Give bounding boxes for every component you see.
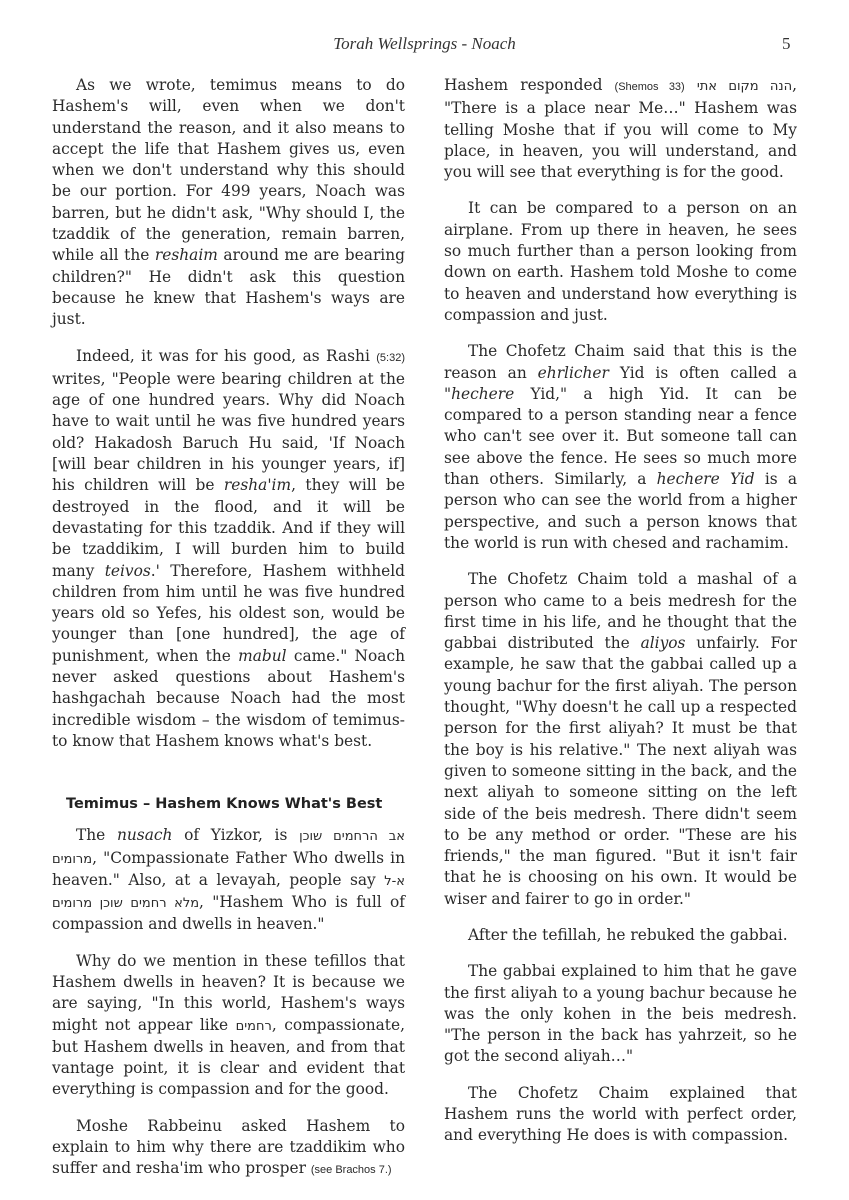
paragraph: As we wrote, temimus means to do Hashem'… [52, 75, 405, 331]
italic-term: ehrlicher [538, 364, 609, 382]
italic-term: nusach [117, 826, 172, 844]
paragraph: The Chofetz Chaim said that this is the … [444, 341, 797, 554]
paragraph: It can be compared to a person on an air… [444, 198, 797, 326]
paragraph: Why do we mention in these tefillos that… [52, 951, 405, 1101]
text: The [76, 826, 117, 844]
hebrew-text: רחמים [236, 1019, 272, 1034]
source-reference: (5:32) [376, 352, 405, 364]
paragraph: The nusach of Yizkor, is אב הרחמים שוכן … [52, 825, 405, 935]
hebrew-text: הנה מקום אתי [697, 79, 792, 94]
paragraph: The Chofetz Chaim told a mashal of a per… [444, 569, 797, 910]
text: Indeed, it was for his good, as Rashi [76, 347, 376, 365]
source-reference: (see Brachos 7.) [311, 1164, 392, 1176]
running-header-title: Torah Wellsprings - Noach [0, 34, 849, 54]
italic-term: reshaim [155, 246, 218, 264]
text: , "Compassionate Father Who dwells in he… [52, 849, 405, 889]
text: of Yizkor, is [172, 826, 299, 844]
italic-term: hechere Yid [657, 470, 755, 488]
right-column: Hashem responded (Shemos 33) הנה מקום את… [444, 75, 797, 1162]
left-column: As we wrote, temimus means to do Hashem'… [52, 75, 405, 1197]
italic-term: resha'im [224, 476, 291, 494]
text: unfairly. For example, he saw that the g… [444, 634, 797, 908]
paragraph: The gabbai explained to him that he gave… [444, 961, 797, 1067]
paragraph: After the tefillah, he rebuked the gabba… [444, 925, 797, 946]
paragraph: The Chofetz Chaim explained that Hashem … [444, 1083, 797, 1147]
italic-term: teivos [105, 562, 151, 580]
paragraph: Moshe Rabbeinu asked Hashem to explain t… [52, 1116, 405, 1182]
text: Hashem responded [444, 76, 615, 94]
page-number: 5 [782, 34, 791, 54]
section-heading: Temimus – Hashem Knows What's Best [66, 794, 405, 815]
italic-term: mabul [238, 647, 286, 665]
paragraph: Hashem responded (Shemos 33) הנה מקום את… [444, 75, 797, 183]
text: As we wrote, temimus means to do Hashem'… [52, 76, 405, 264]
italic-term: aliyos [641, 634, 686, 652]
italic-term: hechere [451, 385, 514, 403]
paragraph: Indeed, it was for his good, as Rashi (5… [52, 346, 405, 753]
source-reference: (Shemos 33) [615, 81, 685, 93]
